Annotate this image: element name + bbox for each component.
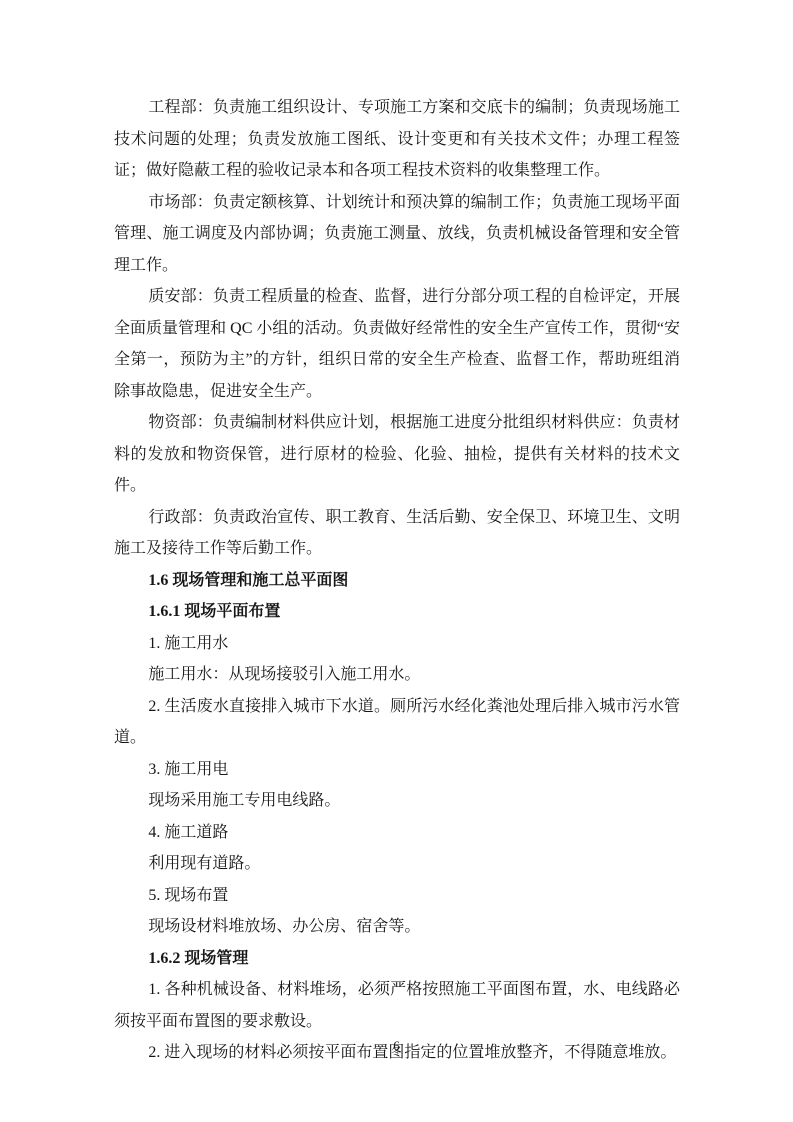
para-construction-water: 施工用水：从现场接驳引入施工用水。 (114, 659, 680, 691)
para-materials-dept: 物资部：负责编制材料供应计划，根据施工进度分批组织材料供应：负责材料的发放和物资… (114, 407, 680, 502)
para-construction-road: 利用现有道路。 (114, 848, 680, 880)
heading-1-6-2-site-management: 1.6.2 现场管理 (114, 943, 680, 975)
para-engineering-dept: 工程部：负责施工组织设计、专项施工方案和交底卡的编制；负责现场施工技术问题的处理… (114, 92, 680, 187)
heading-1-6-site-management-plan: 1.6 现场管理和施工总平面图 (114, 565, 680, 597)
item-site-arrangement-title: 5. 现场布置 (114, 880, 680, 912)
para-site-rule-1: 1. 各种机械设备、材料堆场，必须严格按照施工平面图布置，水、电线路必须按平面布… (114, 974, 680, 1037)
para-admin-dept: 行政部：负责政治宣传、职工教育、生活后勤、安全保卫、环境卫生、文明施工及接待工作… (114, 502, 680, 565)
item-construction-road-title: 4. 施工道路 (114, 817, 680, 849)
para-construction-power: 现场采用施工专用电线路。 (114, 785, 680, 817)
document-content: 工程部：负责施工组织设计、专项施工方案和交底卡的编制；负责现场施工技术问题的处理… (114, 92, 680, 1069)
item-construction-water-title: 1. 施工用水 (114, 628, 680, 660)
para-wastewater: 2. 生活废水直接排入城市下水道。厕所污水经化粪池处理后排入城市污水管道。 (114, 691, 680, 754)
para-market-dept: 市场部：负责定额核算、计划统计和预决算的编制工作；负责施工现场平面管理、施工调度… (114, 187, 680, 282)
para-site-arrangement: 现场设材料堆放场、办公房、宿舍等。 (114, 911, 680, 943)
document-page: 工程部：负责施工组织设计、专项施工方案和交底卡的编制；负责现场施工技术问题的处理… (0, 0, 793, 1122)
item-construction-power-title: 3. 施工用电 (114, 754, 680, 786)
page-number: 6 (0, 1036, 793, 1056)
heading-1-6-1-site-layout: 1.6.1 现场平面布置 (114, 596, 680, 628)
para-quality-safety-dept: 质安部：负责工程质量的检查、监督，进行分部分项工程的自检评定，开展全面质量管理和… (114, 281, 680, 407)
